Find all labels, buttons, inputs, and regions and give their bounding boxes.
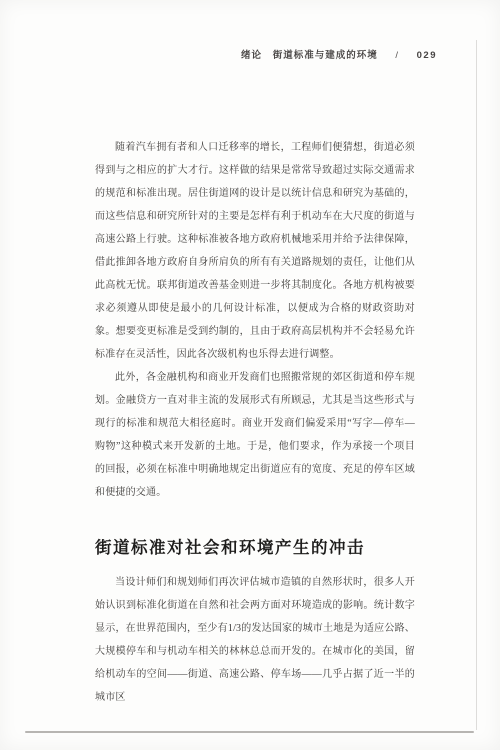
intro-paragraph-1: 随着汽车拥有者和人口迁移率的增长，工程师们便猜想，街道必须得到与之相应的扩大才行… bbox=[95, 136, 415, 366]
page-right-edge bbox=[476, 40, 477, 730]
page-bottom-edge bbox=[25, 731, 474, 733]
section-paragraph-1: 当设计师们和规划师们再次评估城市造镇的自然形状时，很多人开始认识到标准化街道在自… bbox=[95, 571, 415, 709]
header-chapter-title: 街道标准与建成的环境 bbox=[273, 50, 378, 61]
running-header: 绪论 街道标准与建成的环境 / 029 bbox=[241, 47, 437, 61]
header-separator: / bbox=[395, 50, 399, 61]
book-page: 绪论 街道标准与建成的环境 / 029 随着汽车拥有者和人口迁移率的增长，工程师… bbox=[0, 0, 500, 750]
page-content: 随着汽车拥有者和人口迁移率的增长，工程师们便猜想，街道必须得到与之相应的扩大才行… bbox=[95, 136, 415, 709]
section-heading: 街道标准对社会和环境产生的冲击 bbox=[95, 534, 415, 558]
header-page-number: 029 bbox=[417, 50, 437, 61]
header-section-label: 绪论 bbox=[241, 50, 262, 61]
intro-paragraph-2: 此外，各金融机构和商业开发商们也照搬常规的郊区街道和停车规划。金融贷方一直对非主… bbox=[95, 366, 415, 504]
